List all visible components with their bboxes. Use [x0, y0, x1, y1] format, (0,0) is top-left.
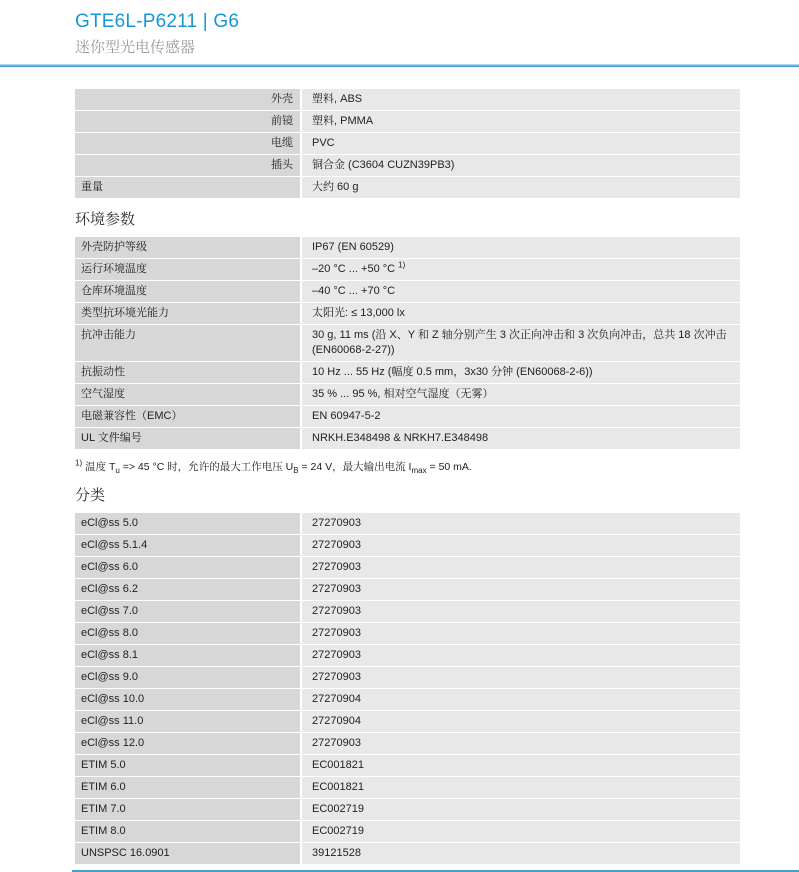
row-label: eCl@ss 9.0	[81, 670, 138, 685]
table-row: eCl@ss 5.1.427270903	[75, 535, 740, 556]
row-label: eCl@ss 12.0	[81, 736, 144, 751]
row-label: ETIM 7.0	[81, 802, 126, 817]
row-label: eCl@ss 8.0	[81, 626, 138, 641]
row-label-cell: 插头	[75, 155, 300, 176]
table-row: ETIM 8.0EC002719	[75, 821, 740, 842]
section-title-classification: 分类	[75, 484, 740, 505]
table-row: eCl@ss 8.027270903	[75, 623, 740, 644]
row-label: 仓库环境温度	[81, 284, 147, 299]
header-divider-rule	[0, 64, 799, 67]
row-label: eCl@ss 6.2	[81, 582, 138, 597]
row-label-cell: UNSPSC 16.0901	[75, 843, 300, 864]
table-row: 电磁兼容性（EMC）EN 60947-5-2	[75, 406, 740, 427]
row-label: ETIM 6.0	[81, 780, 126, 795]
row-label: 抗冲击能力	[81, 328, 136, 343]
row-label: 空气湿度	[81, 387, 125, 402]
row-label-cell: 抗冲击能力	[75, 325, 300, 361]
row-label-cell: eCl@ss 11.0	[75, 711, 300, 732]
row-value-cell: PVC	[302, 133, 740, 154]
row-label-cell: 运行环境温度	[75, 259, 300, 280]
row-label: eCl@ss 5.1.4	[81, 538, 147, 553]
table-row: 外壳防护等级IP67 (EN 60529)	[75, 237, 740, 258]
row-value-cell: 35 % ... 95 %, 相对空气湿度（无雾）	[302, 384, 740, 405]
product-subtitle: 迷你型光电传感器	[75, 36, 799, 57]
environment-table: 外壳防护等级IP67 (EN 60529)运行环境温度–20 °C ... +5…	[75, 237, 740, 449]
table-row: UNSPSC 16.090139121528	[75, 843, 740, 864]
row-label-cell: 仓库环境温度	[75, 281, 300, 302]
row-value-cell: EC001821	[302, 777, 740, 798]
table-row: eCl@ss 12.027270903	[75, 733, 740, 754]
row-label-cell: 类型抗环境光能力	[75, 303, 300, 324]
row-label: 运行环境温度	[81, 262, 147, 277]
row-value-cell: –20 °C ... +50 °C 1)	[302, 259, 740, 280]
row-value-cell: 27270903	[302, 623, 740, 644]
row-label: ETIM 8.0	[81, 824, 126, 839]
table-row: UL 文件编号NRKH.E348498 & NRKH7.E348498	[75, 428, 740, 449]
footnote: 1) 温度 Tu => 45 °C 时，允许的最大工作电压 UB = 24 V，…	[75, 460, 740, 474]
row-label-cell: 电缆	[75, 133, 300, 154]
row-label-cell: UL 文件编号	[75, 428, 300, 449]
row-value-cell: 30 g, 11 ms (沿 X、Y 和 Z 轴分别产生 3 次正向冲击和 3 …	[302, 325, 740, 361]
row-label-cell: eCl@ss 12.0	[75, 733, 300, 754]
table-row: eCl@ss 11.027270904	[75, 711, 740, 732]
product-title: GTE6L-P6211 | G6	[75, 11, 799, 33]
content-area: 外壳塑料, ABS前镜塑料, PMMA电缆PVC插头铜合金 (C3604 CUZ…	[0, 89, 799, 864]
table-row: eCl@ss 5.027270903	[75, 513, 740, 534]
row-label: eCl@ss 10.0	[81, 692, 144, 707]
row-sublabel: 外壳	[271, 92, 293, 107]
row-value-cell: 27270903	[302, 513, 740, 534]
row-label: eCl@ss 8.1	[81, 648, 138, 663]
table-row: 运行环境温度–20 °C ... +50 °C 1)	[75, 259, 740, 280]
row-value-cell: NRKH.E348498 & NRKH7.E348498	[302, 428, 740, 449]
row-value-cell: EN 60947-5-2	[302, 406, 740, 427]
table-row: eCl@ss 7.027270903	[75, 601, 740, 622]
row-label-cell: ETIM 6.0	[75, 777, 300, 798]
row-label: UL 文件编号	[81, 431, 142, 446]
row-label-cell: ETIM 8.0	[75, 821, 300, 842]
row-value-cell: 27270903	[302, 667, 740, 688]
materials-table: 外壳塑料, ABS前镜塑料, PMMA电缆PVC插头铜合金 (C3604 CUZ…	[75, 89, 740, 198]
row-value-cell: –40 °C ... +70 °C	[302, 281, 740, 302]
table-row: ETIM 5.0EC001821	[75, 755, 740, 776]
table-row: ETIM 7.0EC002719	[75, 799, 740, 820]
row-label: 类型抗环境光能力	[81, 306, 169, 321]
row-label-cell: 空气湿度	[75, 384, 300, 405]
row-label-cell: eCl@ss 9.0	[75, 667, 300, 688]
row-label: eCl@ss 7.0	[81, 604, 138, 619]
table-row: 抗冲击能力30 g, 11 ms (沿 X、Y 和 Z 轴分别产生 3 次正向冲…	[75, 325, 740, 361]
table-row: 空气湿度35 % ... 95 %, 相对空气湿度（无雾）	[75, 384, 740, 405]
table-row: ETIM 6.0EC001821	[75, 777, 740, 798]
row-label-cell: ETIM 5.0	[75, 755, 300, 776]
row-label: UNSPSC 16.0901	[81, 846, 170, 861]
row-value-cell: EC002719	[302, 821, 740, 842]
row-value-cell: 10 Hz ... 55 Hz (幅度 0.5 mm，3x30 分钟 (EN60…	[302, 362, 740, 383]
datasheet-page: GTE6L-P6211 | G6 迷你型光电传感器 外壳塑料, ABS前镜塑料,…	[0, 0, 799, 872]
row-value-cell: EC002719	[302, 799, 740, 820]
row-label-cell: 电磁兼容性（EMC）	[75, 406, 300, 427]
row-value-cell: 27270903	[302, 579, 740, 600]
table-row: 电缆PVC	[75, 133, 740, 154]
row-value-cell: 塑料, PMMA	[302, 111, 740, 132]
row-label-cell: ETIM 7.0	[75, 799, 300, 820]
table-row: eCl@ss 9.027270903	[75, 667, 740, 688]
row-value-cell: 27270904	[302, 711, 740, 732]
row-sublabel: 前镜	[271, 114, 293, 129]
row-label-cell: eCl@ss 6.0	[75, 557, 300, 578]
row-label: 外壳防护等级	[81, 240, 147, 255]
table-row: 前镜塑料, PMMA	[75, 111, 740, 132]
table-row: 类型抗环境光能力太阳光: ≤ 13,000 lx	[75, 303, 740, 324]
row-label-cell: 前镜	[75, 111, 300, 132]
footnote-superscript: 1)	[75, 459, 82, 468]
section-title-environment: 环境参数	[75, 208, 740, 229]
row-value-cell: 27270903	[302, 535, 740, 556]
footnote-marker: 1)	[398, 260, 405, 269]
table-row: eCl@ss 10.027270904	[75, 689, 740, 710]
row-label: ETIM 5.0	[81, 758, 126, 773]
table-row: 重量大约 60 g	[75, 177, 740, 198]
row-value-cell: 太阳光: ≤ 13,000 lx	[302, 303, 740, 324]
footnote-subscript: u	[115, 466, 119, 475]
row-label-cell: 外壳	[75, 89, 300, 110]
row-value-cell: IP67 (EN 60529)	[302, 237, 740, 258]
table-row: 抗振动性10 Hz ... 55 Hz (幅度 0.5 mm，3x30 分钟 (…	[75, 362, 740, 383]
table-row: 外壳塑料, ABS	[75, 89, 740, 110]
table-row: eCl@ss 8.127270903	[75, 645, 740, 666]
row-label-cell: eCl@ss 5.0	[75, 513, 300, 534]
row-label: 重量	[81, 180, 103, 195]
row-label-cell: 外壳防护等级	[75, 237, 300, 258]
row-value-cell: 27270903	[302, 645, 740, 666]
row-value-cell: EC001821	[302, 755, 740, 776]
row-label-cell: eCl@ss 10.0	[75, 689, 300, 710]
row-label-cell: eCl@ss 6.2	[75, 579, 300, 600]
row-value-cell: 27270903	[302, 733, 740, 754]
row-label-cell: eCl@ss 8.0	[75, 623, 300, 644]
row-sublabel: 插头	[271, 158, 293, 173]
row-label-cell: 重量	[75, 177, 300, 198]
footnote-subscript: max	[411, 466, 426, 475]
row-value-cell: 铜合金 (C3604 CUZN39PB3)	[302, 155, 740, 176]
row-label: eCl@ss 11.0	[81, 714, 143, 729]
row-value-cell: 27270904	[302, 689, 740, 710]
row-value-cell: 27270903	[302, 557, 740, 578]
row-label-cell: eCl@ss 8.1	[75, 645, 300, 666]
row-label-cell: 抗振动性	[75, 362, 300, 383]
row-label: 电磁兼容性（EMC）	[81, 409, 182, 424]
classification-table: eCl@ss 5.027270903eCl@ss 5.1.427270903eC…	[75, 513, 740, 864]
row-value-cell: 塑料, ABS	[302, 89, 740, 110]
row-label: eCl@ss 5.0	[81, 516, 138, 531]
row-value-cell: 大约 60 g	[302, 177, 740, 198]
footnote-subscript: B	[293, 466, 298, 475]
row-sublabel: 电缆	[271, 136, 293, 151]
row-label-cell: eCl@ss 7.0	[75, 601, 300, 622]
table-row: eCl@ss 6.027270903	[75, 557, 740, 578]
table-row: 仓库环境温度–40 °C ... +70 °C	[75, 281, 740, 302]
row-value-cell: 27270903	[302, 601, 740, 622]
page-header: GTE6L-P6211 | G6 迷你型光电传感器	[0, 0, 799, 57]
table-row: eCl@ss 6.227270903	[75, 579, 740, 600]
table-row: 插头铜合金 (C3604 CUZN39PB3)	[75, 155, 740, 176]
row-label-cell: eCl@ss 5.1.4	[75, 535, 300, 556]
row-label: 抗振动性	[81, 365, 125, 380]
row-value-cell: 39121528	[302, 843, 740, 864]
row-label: eCl@ss 6.0	[81, 560, 138, 575]
